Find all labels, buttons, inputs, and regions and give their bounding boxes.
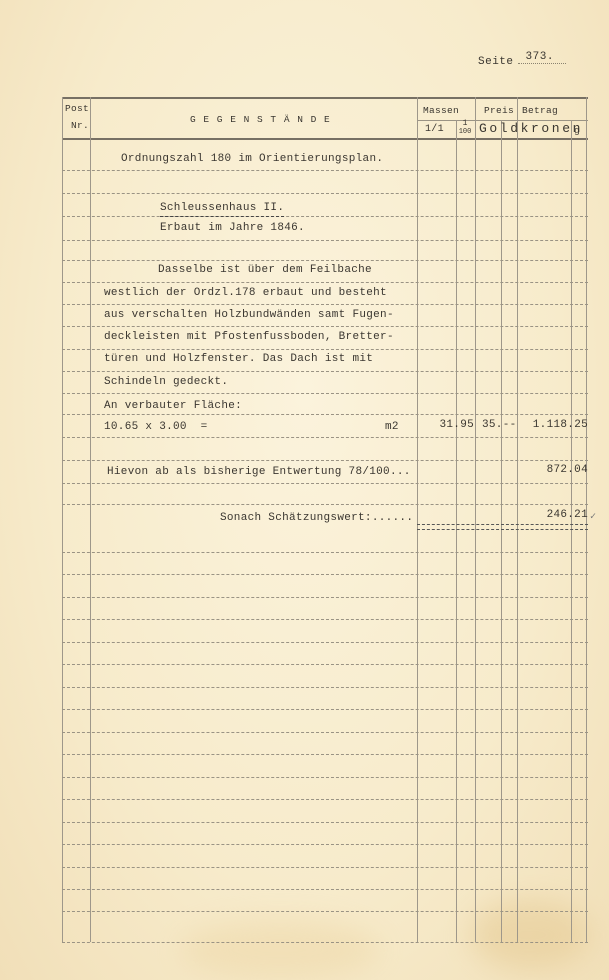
page-value: 373.	[518, 51, 566, 64]
header-unit-g: g	[574, 125, 580, 136]
col-line-preis-sub	[501, 120, 502, 942]
row-rule	[62, 619, 588, 620]
header-gegenstaende: G E G E N S T Ä N D E	[190, 114, 331, 125]
header-preis: Preis	[484, 105, 514, 116]
row-rule	[62, 193, 588, 194]
description-line: türen und Holzfenster. Das Dach ist mit	[104, 353, 373, 365]
row-rule	[62, 326, 588, 327]
row-rule	[62, 216, 588, 217]
row-rule	[62, 282, 588, 283]
row-rule	[62, 597, 588, 598]
col-line-gegenstaende	[417, 97, 418, 942]
header-nr: Nr.	[71, 120, 89, 131]
fraction-numerator: 1	[458, 120, 472, 128]
header-post: Post	[65, 103, 89, 114]
row-rule	[62, 552, 588, 553]
checkmark-icon: ✓	[590, 511, 596, 523]
row-rule	[62, 709, 588, 710]
col-line-preis	[517, 97, 518, 942]
row-rule	[62, 911, 588, 912]
row-rule	[62, 732, 588, 733]
row-rule	[62, 844, 588, 845]
row-rule	[62, 304, 588, 305]
paper-stain	[180, 920, 380, 980]
description-line: Dasselbe ist über dem Feilbache	[158, 264, 372, 276]
built-year: Erbaut im Jahre 1846.	[160, 222, 305, 234]
building-title: Schleussenhaus II.	[160, 202, 284, 217]
page-number: Seite373.	[478, 56, 566, 69]
area-formula: 10.65 x 3.00 =	[104, 421, 208, 433]
header-massen-1-1: 1/1	[425, 124, 444, 135]
header-currency: Goldkronen	[479, 121, 583, 136]
area-massen: 31.95	[420, 419, 474, 431]
header-betrag: Betrag	[522, 105, 558, 116]
row-rule	[62, 687, 588, 688]
row-rule	[62, 460, 588, 461]
header-massen: Massen	[423, 105, 459, 116]
deduction-betrag: 872.04	[519, 464, 588, 476]
area-preis: 35.--	[482, 419, 517, 431]
description-line: deckleisten mit Pfostenfussboden, Brette…	[104, 331, 394, 343]
header-massen-1-100: 1 100	[458, 120, 472, 136]
row-rule	[62, 889, 588, 890]
area-label: An verbauter Fläche:	[104, 400, 242, 412]
row-rule	[62, 483, 588, 484]
row-rule	[62, 777, 588, 778]
row-rule	[62, 437, 588, 438]
row-rule	[62, 664, 588, 665]
row-rule	[62, 574, 588, 575]
row-rule	[62, 170, 588, 171]
row-rule	[62, 754, 588, 755]
deduction-label: Hievon ab als bisherige Entwertung 78/10…	[107, 466, 411, 478]
row-rule	[62, 822, 588, 823]
area-unit: m2	[385, 421, 399, 433]
description-line: Schindeln gedeckt.	[104, 376, 228, 388]
ordnungszahl-line: Ordnungszahl 180 im Orientierungsplan.	[121, 153, 383, 165]
col-line-massen-sub	[456, 120, 457, 942]
row-rule	[62, 504, 588, 505]
table-top-border	[62, 97, 588, 99]
row-rule	[62, 260, 588, 261]
row-rule	[62, 867, 588, 868]
row-rule	[62, 642, 588, 643]
total-double-underline	[417, 524, 588, 530]
estimate-betrag: 246.21	[519, 509, 588, 521]
col-line-post	[90, 97, 91, 942]
col-line-massen	[475, 97, 476, 942]
col-line-betrag-sub	[571, 120, 572, 942]
row-rule	[62, 414, 588, 415]
row-rule	[62, 371, 588, 372]
row-rule	[62, 240, 588, 241]
row-rule	[62, 799, 588, 800]
description-line: aus verschalten Holzbundwänden samt Fuge…	[104, 309, 394, 321]
row-rule	[62, 942, 588, 943]
col-line-left	[62, 97, 63, 942]
fraction-denominator: 100	[458, 128, 472, 136]
row-rule	[62, 349, 588, 350]
row-rule	[62, 393, 588, 394]
estimate-label: Sonach Schätzungswert:......	[220, 512, 413, 524]
description-line: westlich der Ordzl.178 erbaut und besteh…	[104, 287, 387, 299]
area-betrag: 1.118.25	[519, 419, 588, 431]
header-bottom-border	[62, 138, 588, 140]
page-label: Seite	[478, 56, 514, 68]
